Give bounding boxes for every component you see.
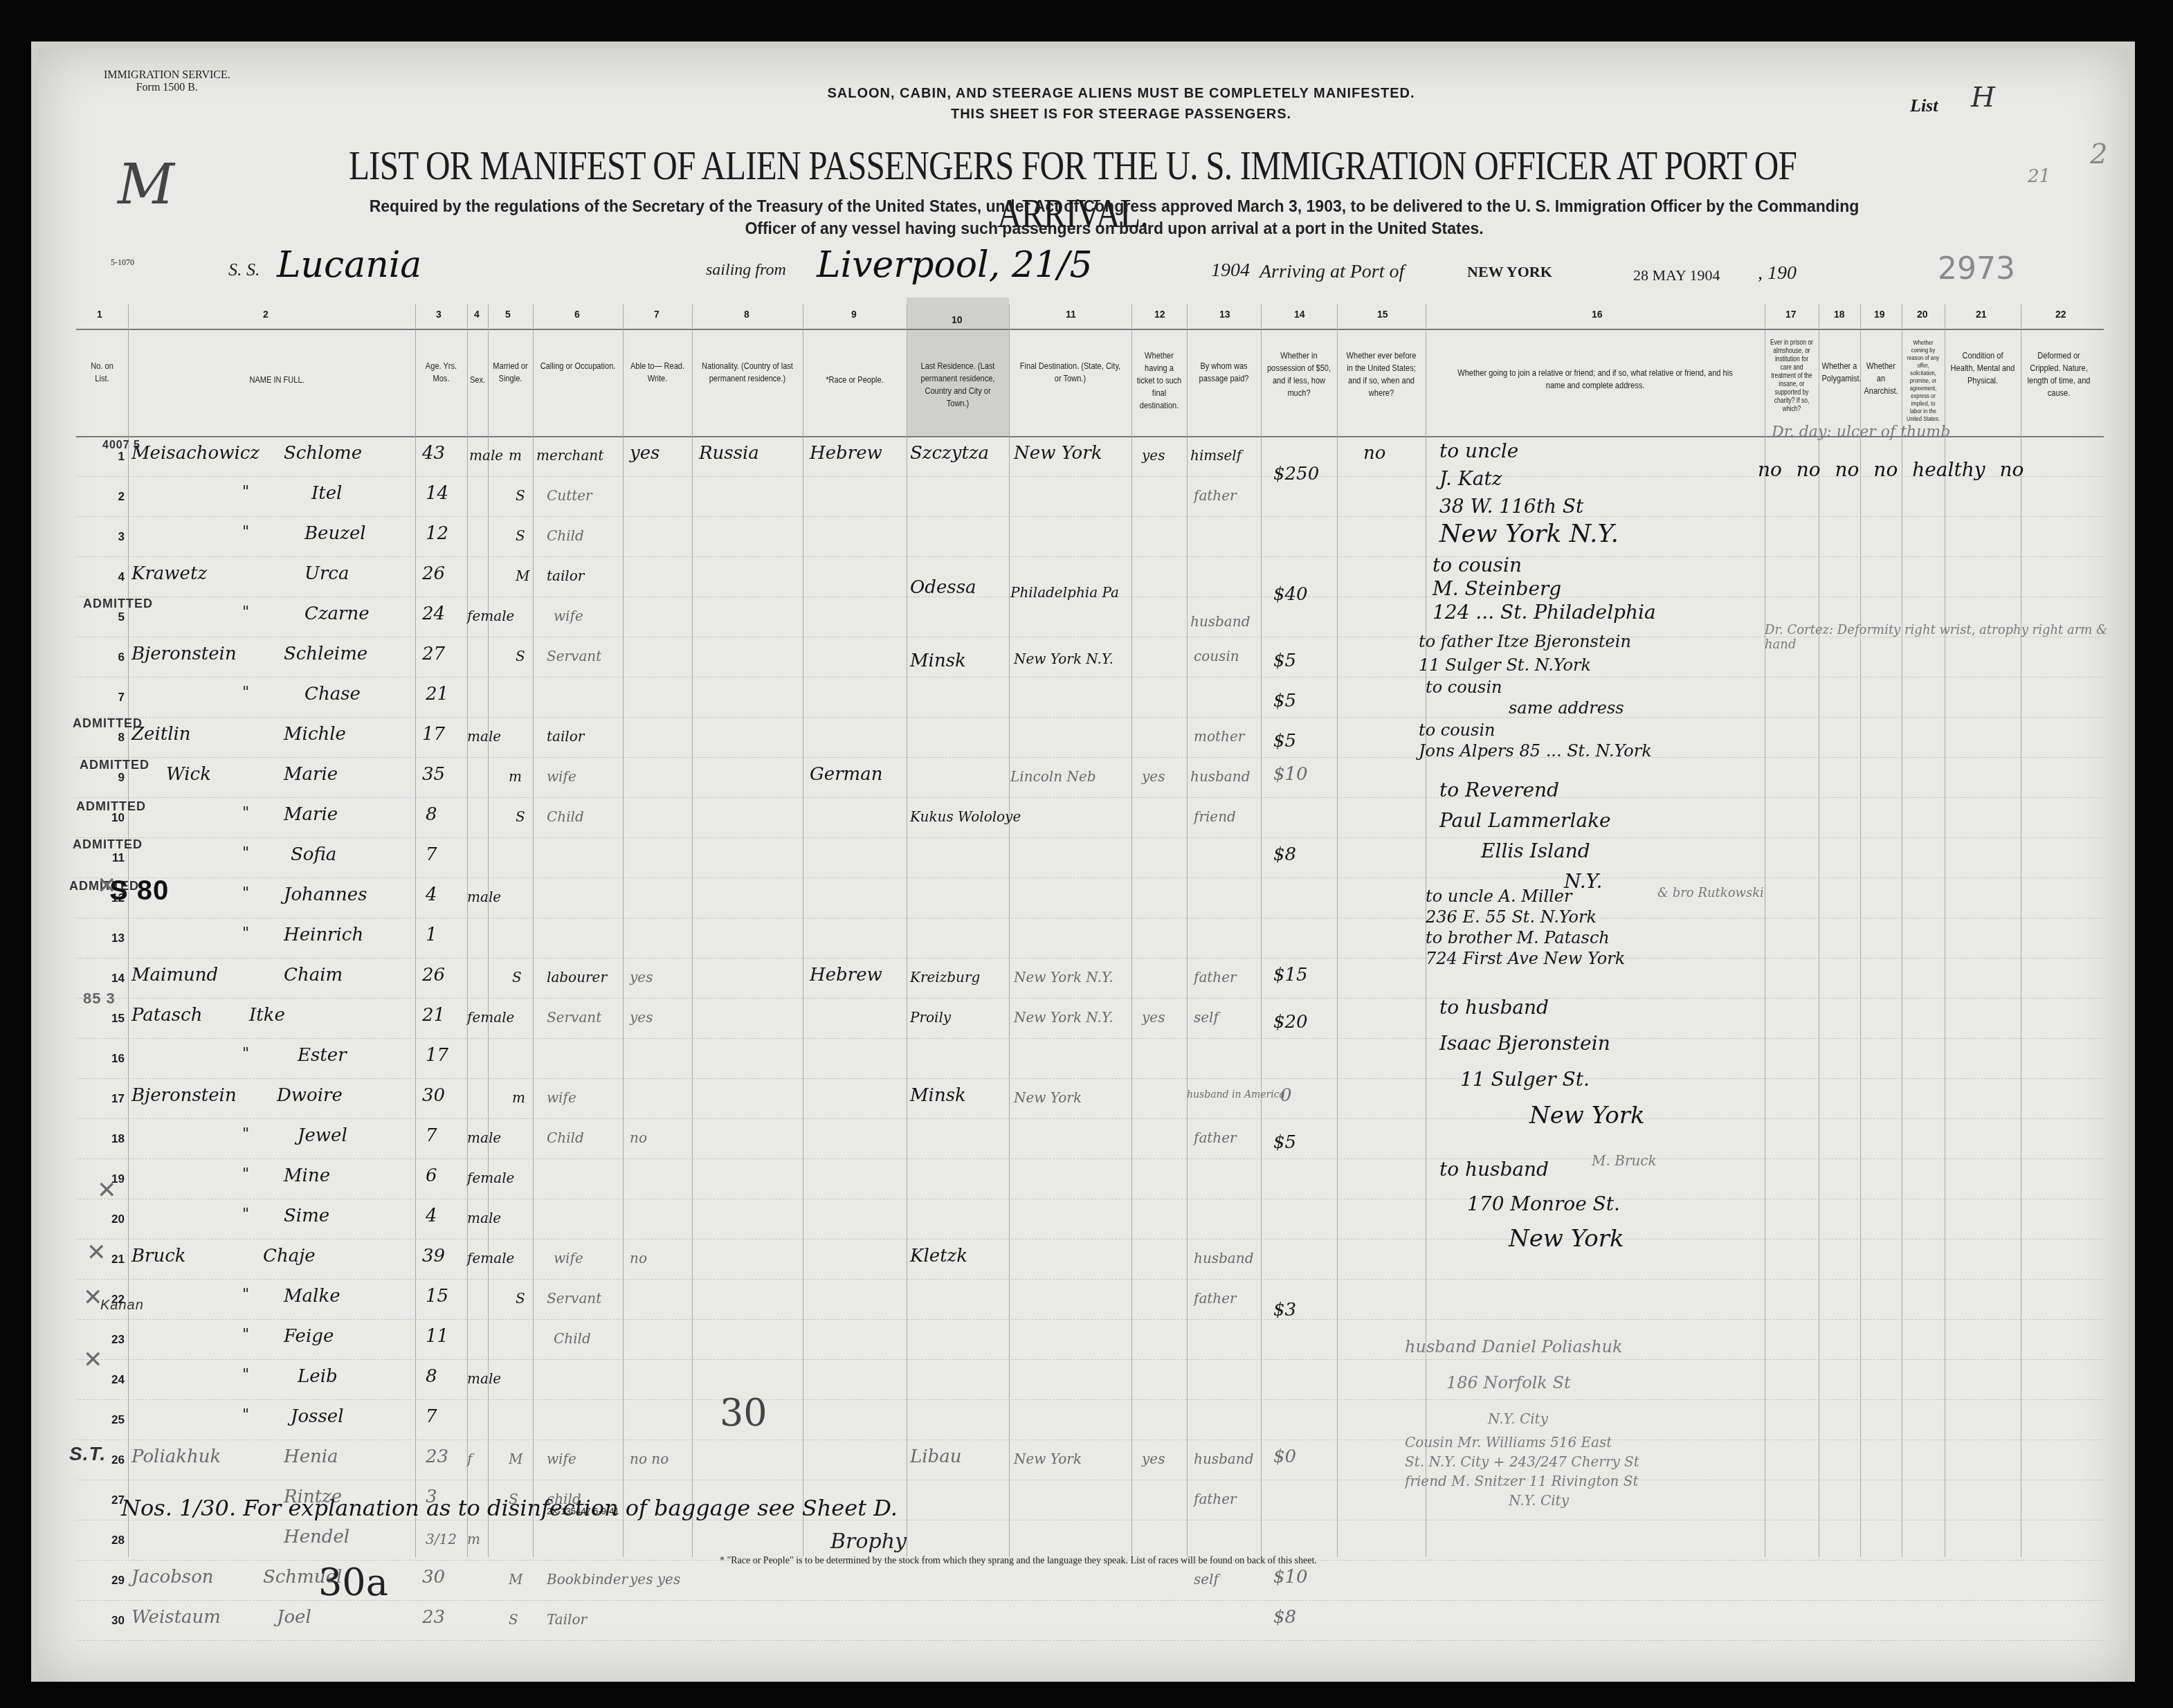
arrival-port: NEW YORK [1467, 263, 1552, 281]
column-number: 12 [1154, 309, 1165, 320]
arrival-date-stamp: 28 MAY 1904 [1633, 266, 1720, 284]
margin-note-st: S.T. [69, 1443, 106, 1465]
header-health: Condition of Health, Mental and Physical… [1950, 349, 2015, 387]
form-code: 5-1070 [111, 257, 134, 268]
passenger-row: 10 " Marie 8 S Child Kukus Wololoye frie… [76, 797, 2104, 838]
ticket: yes [1142, 447, 1165, 464]
margin-note: 85 3 [83, 990, 116, 1008]
column-number: 9 [851, 309, 857, 320]
relative-address: to cousin Jons Alpers 85 ... St. N.York [1419, 720, 1652, 761]
relative-aside: M. Bruck [1592, 1152, 1657, 1169]
passenger-row: 14 Maimund Chaim 26 S labourer yes Hebre… [76, 958, 2104, 999]
passenger-row: 30 Weistaum Joel 23 S Tailor $8 [76, 1600, 2104, 1641]
passenger-row: 15 Patasch Itke 21 female Servant yes Pr… [76, 998, 2104, 1039]
x-mark: ✕ [97, 872, 117, 900]
relative-address: to cousin same address [1426, 677, 1624, 718]
relative-address: to Reverend Paul Lammerlake Ellis Island… [1439, 775, 1611, 897]
arriving-label: Arriving at Port of [1260, 261, 1404, 283]
admitted-stamp: ADMITTED [73, 837, 143, 852]
corner-number: 21 [2028, 166, 2051, 187]
passenger-row: 9 Wick Marie 35 m wife German Lincoln Ne… [76, 757, 2104, 798]
race: Hebrew [810, 443, 882, 464]
ship-name: Lucania [277, 244, 421, 286]
column-number: 13 [1219, 309, 1230, 320]
header-name: NAME IN FULL. [165, 374, 389, 386]
relative-aside: & bro Rutkowski [1657, 886, 1764, 900]
relative-address: to husband Isaac Bjeronstein 11 Sulger S… [1439, 990, 1645, 1134]
passenger-row: 16 " Ester 17 [76, 1038, 2104, 1079]
list-label: List [1910, 96, 1938, 116]
passenger-row: 19 " Mine 6 female [76, 1159, 2104, 1199]
special-inquiry-mark: S 80 [109, 875, 169, 907]
header-prison: Ever in prison or almshouse, or institut… [1769, 339, 1815, 414]
arrival-year-suffix: , 190 [1758, 262, 1797, 284]
regulation-text: Required by the regulations of the Secre… [208, 195, 2021, 239]
column-number: 15 [1377, 309, 1388, 320]
age: 43 [422, 443, 445, 464]
occupation: merchant [536, 447, 603, 464]
admitted-stamp: ADMITTED [83, 597, 153, 611]
admitted-stamp: ADMITTED [80, 758, 149, 772]
medical-note: Dr. day: ulcer of thumb [1772, 424, 1950, 441]
before-in-us: no [1363, 443, 1385, 464]
passenger-row: 24 " Leib 8 male [76, 1359, 2104, 1400]
given-name: Itel [311, 483, 342, 504]
column-number: 22 [2055, 309, 2066, 320]
x-mark: ✕ [97, 1176, 117, 1204]
corner-number-2: 2 [2090, 138, 2107, 170]
given-name: Schlome [284, 443, 362, 464]
column-number: 3 [436, 309, 442, 320]
header-contract-labor: Whether coming by reason of any offer, s… [1905, 339, 1942, 423]
relative-address: to father Itze Bjeronstein 11 Sulger St.… [1419, 630, 1631, 677]
passenger-row: 20 " Sime 4 male [76, 1199, 2104, 1239]
admitted-stamp: ADMITTED [73, 716, 143, 731]
header-money: Whether in possession of $50, and if les… [1266, 349, 1331, 399]
passenger-row: 2 " Itel 14 S Cutter father [76, 476, 2104, 517]
header-race: *Race or People. [810, 374, 899, 386]
medical-note: Dr. Cortez: Deformity right wrist, atrop… [1765, 623, 2138, 652]
column-number: 18 [1834, 309, 1845, 320]
header-deformed: Deformed or Crippled. Nature, length of … [2026, 349, 2091, 399]
passenger-row: 17 Bjeronstein Dwoire 30 m wife Minsk Ne… [76, 1078, 2104, 1119]
column-number: 5 [505, 309, 511, 320]
ship-prefix: S. S. [228, 260, 260, 280]
passenger-row: 28 Hendel 3/12 m [76, 1520, 2104, 1561]
passenger-row: 12 " Johannes 4 male [76, 878, 2104, 918]
passenger-row: 3 " Beuzel 12 S Child [76, 516, 2104, 557]
header-read-write: Able to— Read. Write. [628, 360, 687, 385]
age: 14 [426, 483, 448, 504]
relative-address: to uncle A. Miller 236 E. 55 St. N.York [1426, 886, 1597, 927]
column-number: 11 [1066, 309, 1076, 320]
manifest-table: 1 2 3 4 5 6 7 8 9 10 11 12 13 14 15 16 1… [76, 305, 2104, 1557]
steerage-banner: SALOON, CABIN, AND STEERAGE ALIENS MUST … [706, 83, 1536, 125]
sheet-mark: 30a [318, 1561, 388, 1604]
passenger-row: 26 Poliakhuk Henia 23 f M wife no no Lib… [76, 1439, 2104, 1480]
column-number: 19 [1874, 309, 1885, 320]
surname: Meisachowicz [131, 443, 260, 464]
destination: New York [1014, 443, 1102, 464]
sex: male [469, 447, 503, 464]
header-married: Married or Single. [491, 360, 529, 385]
disinfection-note: Nos. 1/30. For explanation as to disinfe… [121, 1495, 898, 1521]
voyage-line: S. S. Lucania sailing from Liverpool, 21… [228, 253, 2028, 287]
column-number: 17 [1785, 309, 1797, 320]
passenger-row: 4 Krawetz Urca 26 M tailor Odessa Philad… [76, 556, 2104, 597]
race-footnote: * "Race or People" is to be determined b… [720, 1556, 1317, 1567]
count-mark: 30 [720, 1391, 767, 1435]
column-number: 2 [263, 309, 269, 320]
column-number: 20 [1917, 309, 1928, 320]
column-number: 4 [474, 309, 480, 320]
read-write: yes [630, 443, 660, 464]
header-sex: Sex. [469, 374, 487, 386]
sailing-label: sailing from [706, 261, 786, 280]
relative-address: to uncle J. Katz 38 W. 116th St New York… [1439, 437, 1619, 548]
initials-mark: M [118, 152, 174, 217]
paid-by: himself [1190, 447, 1242, 464]
column-number: 8 [744, 309, 749, 320]
x-mark: ✕ [83, 1284, 103, 1311]
health-answers: no no no no healthy no [1758, 458, 2024, 481]
last-residence: Szczytza [910, 443, 989, 464]
passenger-row: 23 " Feige 11 Child [76, 1319, 2104, 1360]
relative-address: husband Daniel Poliashuk 186 Norfolk St … [1405, 1329, 1623, 1437]
column-number: 7 [654, 309, 660, 320]
admitted-stamp: ADMITTED [76, 799, 146, 814]
x-mark: ✕ [83, 1346, 103, 1374]
margin-note-kahan: Kahan [100, 1298, 144, 1314]
nationality: Russia [699, 443, 759, 464]
sailing-year: 1904 [1211, 260, 1250, 282]
relative-address: Cousin Mr. Williams 516 East St. N.Y. Ci… [1405, 1433, 1639, 1510]
header-before-in-us: Whether ever before in the United States… [1344, 349, 1419, 399]
inspector-signature: Brophy [830, 1529, 907, 1554]
column-number: 6 [574, 309, 580, 320]
passenger-row: 21 Bruck Chaje 39 female wife no Kletzk … [76, 1239, 2104, 1280]
passenger-row: 13 " Heinrich 1 [76, 918, 2104, 959]
passenger-row: 25 " Jossel 7 [76, 1399, 2104, 1440]
passenger-row: 11 " Sofia 7 $8 [76, 837, 2104, 878]
header-passage-paid: By whom was passage paid? [1192, 360, 1255, 385]
column-number: 21 [1976, 309, 1987, 320]
reference-number: 2973 [1938, 251, 2015, 287]
header-anarchist: Whether an Anarchist. [1864, 360, 1899, 397]
header-nationality: Nationality. (Country of last permanent … [700, 360, 794, 385]
column-number: 14 [1294, 309, 1305, 320]
header-ticket: Whether having a ticket to such final de… [1136, 349, 1183, 412]
margin-ledger-number: 4007 5 [102, 439, 140, 452]
relative-address: to cousin M. Steinberg 124 ... St. Phila… [1433, 554, 1656, 624]
header-polygamist: Whether a Polygamist. [1822, 360, 1857, 385]
passenger-row: 7 " Chase 21 $5 [76, 677, 2104, 718]
marital: m [509, 447, 522, 464]
sailing-port: Liverpool, 21/5 [817, 244, 1093, 286]
list-value: H [1971, 82, 1995, 113]
given-name: Beuzel [304, 523, 366, 544]
column-number-row [76, 305, 2104, 330]
header-joining-relative: Whether going to join a relative or frie… [1451, 367, 1740, 392]
passenger-row: 8 Zeitlin Michle 17 male tailor mother $… [76, 717, 2104, 758]
header-occupation: Calling or Occupation. [540, 360, 617, 372]
header-age: Age. Yrs. Mos. [419, 360, 464, 385]
column-number: 1 [97, 309, 102, 320]
column-number: 16 [1592, 309, 1603, 320]
form-identifier: IMMIGRATION SERVICE. Form 1500 B. [104, 69, 230, 94]
passenger-row: 18 " Jewel 7 male Child no father $5 [76, 1118, 2104, 1159]
passenger-row: 22 " Malke 15 S Servant father $3 [76, 1279, 2104, 1320]
x-mark: ✕ [87, 1239, 107, 1266]
header-last-residence: Last Residence. (Last permanent residenc… [914, 360, 1001, 410]
header-no-on-list: No. on List. [83, 360, 121, 385]
header-final-destination: Final Destination. (State, City, or Town… [1018, 360, 1122, 385]
relative-address: to brother M. Patasch 724 First Ave New … [1426, 927, 1625, 969]
column-number: 10 [952, 314, 963, 325]
